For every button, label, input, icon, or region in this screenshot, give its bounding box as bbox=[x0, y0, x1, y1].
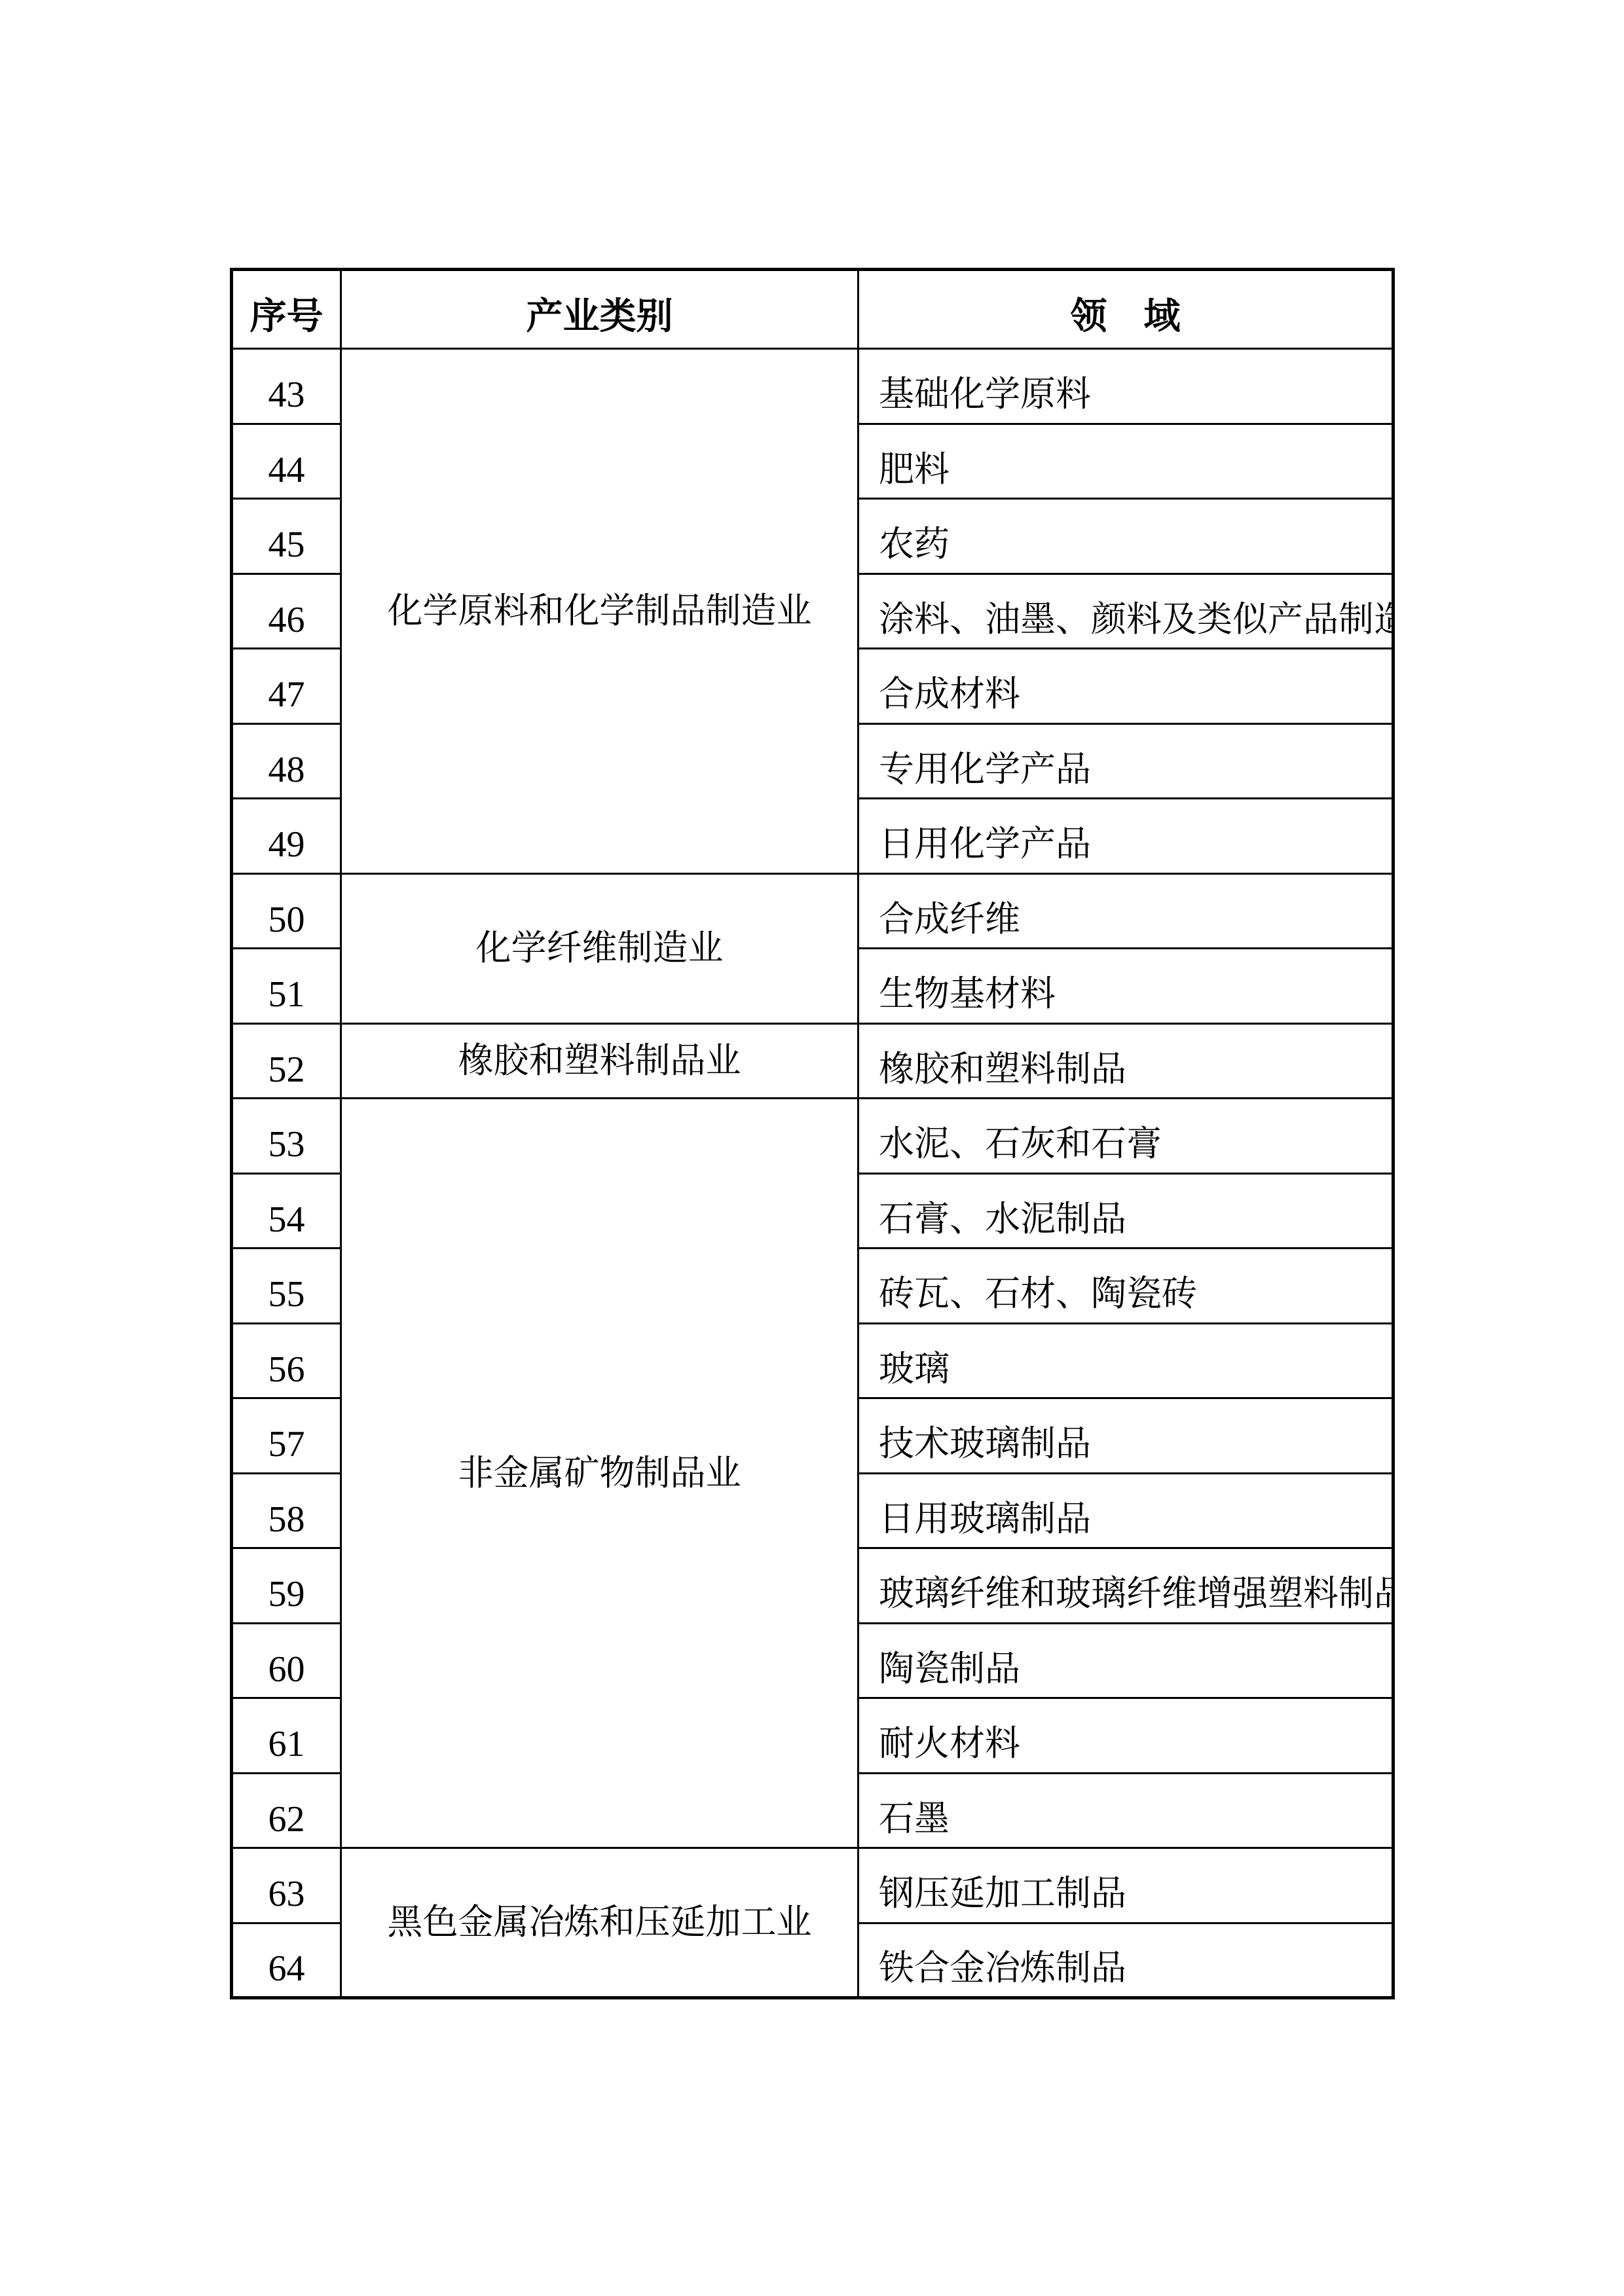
row-number-cell: 56 bbox=[232, 1323, 341, 1398]
category-cell: 非金属矿物制品业 bbox=[341, 1099, 858, 1848]
industry-category-table: 序号 产业类别 领 域 43 化学原料和化学制品制造业 基础化学原料 44 肥料… bbox=[230, 268, 1395, 1999]
header-field: 领 域 bbox=[858, 270, 1393, 349]
document-page: 序号 产业类别 领 域 43 化学原料和化学制品制造业 基础化学原料 44 肥料… bbox=[0, 0, 1624, 2296]
field-cell: 水泥、石灰和石膏 bbox=[858, 1099, 1393, 1174]
field-cell: 石墨 bbox=[858, 1773, 1393, 1848]
row-number-cell: 55 bbox=[232, 1248, 341, 1324]
row-number-cell: 44 bbox=[232, 424, 341, 499]
field-cell: 日用化学产品 bbox=[858, 799, 1393, 874]
field-cell: 基础化学原料 bbox=[858, 349, 1393, 424]
row-number-cell: 43 bbox=[232, 349, 341, 424]
category-cell: 化学原料和化学制品制造业 bbox=[341, 349, 858, 874]
row-number-cell: 48 bbox=[232, 723, 341, 799]
table-row: 50 化学纤维制造业 合成纤维 bbox=[232, 873, 1393, 949]
row-number-cell: 60 bbox=[232, 1623, 341, 1698]
field-cell: 涂料、油墨、颜料及类似产品制造 bbox=[858, 574, 1393, 649]
field-cell: 合成纤维 bbox=[858, 873, 1393, 949]
field-cell: 玻璃 bbox=[858, 1323, 1393, 1398]
row-number-cell: 62 bbox=[232, 1773, 341, 1848]
field-cell: 农药 bbox=[858, 499, 1393, 574]
row-number-cell: 45 bbox=[232, 499, 341, 574]
row-number-cell: 47 bbox=[232, 649, 341, 724]
header-serial-number: 序号 bbox=[232, 270, 341, 349]
table-row: 53 非金属矿物制品业 水泥、石灰和石膏 bbox=[232, 1099, 1393, 1174]
field-cell: 砖瓦、石材、陶瓷砖 bbox=[858, 1248, 1393, 1324]
field-cell: 生物基材料 bbox=[858, 949, 1393, 1024]
row-number-cell: 64 bbox=[232, 1923, 341, 1998]
field-cell: 专用化学产品 bbox=[858, 723, 1393, 799]
row-number-cell: 50 bbox=[232, 873, 341, 949]
row-number-cell: 49 bbox=[232, 799, 341, 874]
row-number-cell: 52 bbox=[232, 1023, 341, 1099]
field-cell: 肥料 bbox=[858, 424, 1393, 499]
category-cell: 黑色金属冶炼和压延加工业 bbox=[341, 1848, 858, 1998]
row-number-cell: 58 bbox=[232, 1473, 341, 1548]
field-cell: 石膏、水泥制品 bbox=[858, 1173, 1393, 1248]
row-number-cell: 61 bbox=[232, 1698, 341, 1774]
table-row: 63 黑色金属冶炼和压延加工业 钢压延加工制品 bbox=[232, 1848, 1393, 1923]
field-cell: 日用玻璃制品 bbox=[858, 1473, 1393, 1548]
field-cell: 耐火材料 bbox=[858, 1698, 1393, 1774]
field-cell: 橡胶和塑料制品 bbox=[858, 1023, 1393, 1099]
field-cell: 钢压延加工制品 bbox=[858, 1848, 1393, 1923]
table-row: 43 化学原料和化学制品制造业 基础化学原料 bbox=[232, 349, 1393, 424]
row-number-cell: 51 bbox=[232, 949, 341, 1024]
field-cell: 技术玻璃制品 bbox=[858, 1398, 1393, 1474]
field-cell: 合成材料 bbox=[858, 649, 1393, 724]
row-number-cell: 57 bbox=[232, 1398, 341, 1474]
field-cell: 陶瓷制品 bbox=[858, 1623, 1393, 1698]
table-row: 52 橡胶和塑料制品业 橡胶和塑料制品 bbox=[232, 1023, 1393, 1099]
row-number-cell: 53 bbox=[232, 1099, 341, 1174]
header-row: 序号 产业类别 领 域 bbox=[232, 270, 1393, 349]
row-number-cell: 54 bbox=[232, 1173, 341, 1248]
row-number-cell: 46 bbox=[232, 574, 341, 649]
field-cell: 玻璃纤维和玻璃纤维增强塑料制品 bbox=[858, 1548, 1393, 1624]
field-cell: 铁合金冶炼制品 bbox=[858, 1923, 1393, 1998]
row-number-cell: 63 bbox=[232, 1848, 341, 1923]
category-cell: 橡胶和塑料制品业 bbox=[341, 1023, 858, 1099]
row-number-cell: 59 bbox=[232, 1548, 341, 1624]
header-industry-category: 产业类别 bbox=[341, 270, 858, 349]
category-cell: 化学纤维制造业 bbox=[341, 873, 858, 1023]
